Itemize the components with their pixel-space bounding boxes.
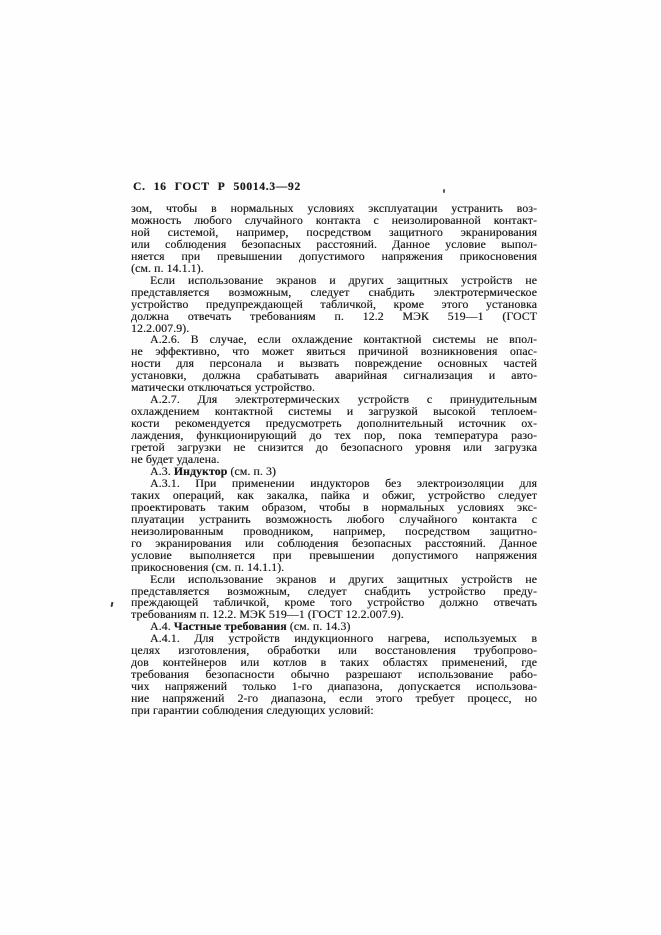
scan-speck-artifact bbox=[443, 189, 445, 193]
paragraph-warning-label: Если использование экранов и других защи… bbox=[131, 275, 537, 335]
paragraph-a-4-1: А.4.1. Для устройств индукционного нагре… bbox=[131, 633, 537, 717]
running-header: С. 16 ГОСТ Р 50014.3—92 bbox=[133, 181, 301, 193]
scan-speck-artifact bbox=[111, 602, 114, 607]
text-line: при гарантии соблюдения следующих услови… bbox=[131, 705, 537, 717]
text-column: зом, чтобы в нормальных условиях эксплуа… bbox=[131, 203, 537, 717]
paragraph-a-3-1: А.3.1. При применении индукторов без эле… bbox=[131, 478, 537, 574]
page-number-and-standard: С. 16 ГОСТ Р 50014.3—92 bbox=[133, 181, 301, 193]
document-page: С. 16 ГОСТ Р 50014.3—92 зом, чтобы в нор… bbox=[0, 0, 661, 935]
paragraph-a-2-6: А.2.6. В случае, если охлаждение контакт… bbox=[131, 334, 537, 394]
paragraph-continuation: зом, чтобы в нормальных условиях эксплуа… bbox=[131, 203, 537, 275]
text-line: должна отвечать требованиям п. 12.2 МЭК … bbox=[131, 311, 537, 323]
paragraph-a-2-7: А.2.7. Для электротермических устройств … bbox=[131, 394, 537, 466]
paragraph-warning-label-2: Если использование экранов и других защи… bbox=[131, 574, 537, 622]
